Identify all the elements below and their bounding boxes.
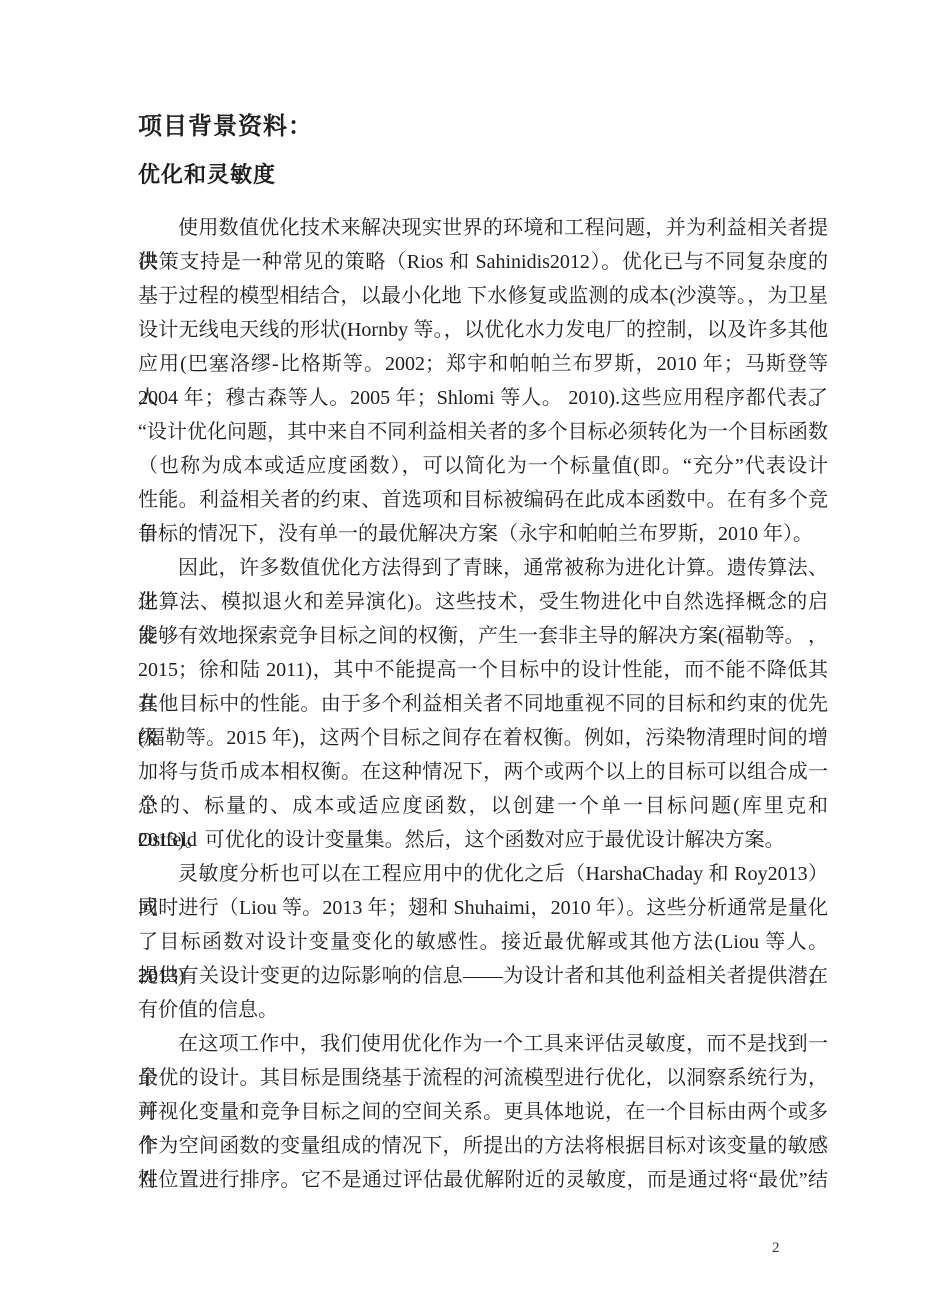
text-line: 灵敏度分析也可以在工程应用中的优化之后（HarshaChaday 和 Roy20… bbox=[138, 857, 828, 891]
text-line: 其他目标中的性能。由于多个利益相关者不同地重视不同的目标和约束的优先级 bbox=[138, 687, 828, 721]
text-line: 2004 年；穆古森等人。2005 年；Shlomi 等人。 2010).这些应… bbox=[138, 381, 828, 415]
text-line: 加将与货币成本相权衡。在这种情况下，两个或两个以上的目标可以组合成一个 bbox=[138, 755, 828, 789]
text-line: 目标的情况下，没有单一的最优解决方案（永宇和帕帕兰布罗斯，2010 年）。 bbox=[138, 517, 828, 551]
text-line: 应用(巴塞洛缪-比格斯等。2002；郑宇和帕帕兰布罗斯，2010 年；马斯登等人… bbox=[138, 347, 828, 381]
text-line: “设计优化问题，其中来自不同利益相关者的多个目标必须转化为一个目标函数 bbox=[138, 415, 828, 449]
paragraph: 灵敏度分析也可以在工程应用中的优化之后（HarshaChaday 和 Roy20… bbox=[138, 857, 828, 1027]
text-line: 提供有关设计变更的边际影响的信息——为设计者和其他利益相关者提供潜在 bbox=[138, 959, 828, 993]
text-line: 最优的设计。其目标是围绕基于流程的河流模型进行优化，以洞察系统行为，并 bbox=[138, 1061, 828, 1095]
text-line: 2015；徐和陆 2011)，其中不能提高一个目标中的设计性能，而不能不降低其在 bbox=[138, 653, 828, 687]
document-page: 项目背景资料： 优化和灵敏度 使用数值优化技术来解决现实世界的环境和工程问题，并… bbox=[0, 0, 926, 1309]
paragraph: 因此，许多数值优化方法得到了青睐，通常被称为进化计算。遗传算法、进 化算法、模拟… bbox=[138, 551, 828, 857]
text-line: 基于过程的模型相结合，以最小化地 下水修复或监测的成本(沙漠等。，为卫星 bbox=[138, 279, 828, 313]
text-line: 化算法、模拟退火和差异演化)。这些技术，受生物进化中自然选择概念的启发， bbox=[138, 585, 828, 619]
text-line: 2013)。可优化的设计变量集。然后，这个函数对应于最优设计解决方案。 bbox=[138, 823, 828, 857]
text-line: （也称为成本或适应度函数），可以简化为一个标量值(即。“充分”代表设计 bbox=[138, 449, 828, 483]
text-line: (福勒等。2015 年)，这两个目标之间存在着权衡。例如，污染物清理时间的增 bbox=[138, 721, 828, 755]
page-number: 2 bbox=[772, 1240, 780, 1257]
text-line: 能够有效地探索竞争目标之间的权衡，产生一套非主导的解决方案(福勒等。 bbox=[138, 619, 828, 653]
text-line: 总的、标量的、成本或适应度函数，以创建一个单一目标问题(库里克和 Ostfeld bbox=[138, 789, 828, 823]
section-heading: 优化和灵敏度 bbox=[138, 161, 276, 189]
text-line: 同时进行（Liou 等。2013 年；翅和 Shuhaimi，2010 年）。这… bbox=[138, 891, 828, 925]
text-line: 可视化变量和竞争目标之间的空间关系。更具体地说，在一个目标由两个或多个 bbox=[138, 1095, 828, 1129]
text-line: 使用数值优化技术来解决现实世界的环境和工程问题，并为利益相关者提供 bbox=[138, 211, 828, 245]
text-line: 设计无线电天线的形状(Hornby 等。，以优化水力发电厂的控制，以及许多其他 bbox=[138, 313, 828, 347]
text-line: 作为空间函数的变量组成的情况下，所提出的方法将根据目标对该变量的敏感性 bbox=[138, 1129, 828, 1163]
text-line: 性能。利益相关者的约束、首选项和目标被编码在此成本函数中。在有多个竞争 bbox=[138, 483, 828, 517]
paragraph: 使用数值优化技术来解决现实世界的环境和工程问题，并为利益相关者提供 决策支持是一… bbox=[138, 211, 828, 551]
page-title: 项目背景资料： bbox=[138, 112, 313, 142]
paragraph: 在这项工作中，我们使用优化作为一个工具来评估灵敏度，而不是找到一个 最优的设计。… bbox=[138, 1027, 828, 1197]
text-line: 决策支持是一种常见的策略（Rios 和 Sahinidis2012）。优化已与不… bbox=[138, 245, 828, 279]
text-line: 在这项工作中，我们使用优化作为一个工具来评估灵敏度，而不是找到一个 bbox=[138, 1027, 828, 1061]
text-line: 了目标函数对设计变量变化的敏感性。接近最优解或其他方法(Liou 等人。2013… bbox=[138, 925, 828, 959]
text-line: 有价值的信息。 bbox=[138, 993, 828, 1027]
text-line: 因此，许多数值优化方法得到了青睐，通常被称为进化计算。遗传算法、进 bbox=[138, 551, 828, 585]
text-line: 对位置进行排序。它不是通过评估最优解附近的灵敏度，而是通过将“最优”结 bbox=[138, 1163, 828, 1197]
document-body: 使用数值优化技术来解决现实世界的环境和工程问题，并为利益相关者提供 决策支持是一… bbox=[138, 211, 828, 1197]
